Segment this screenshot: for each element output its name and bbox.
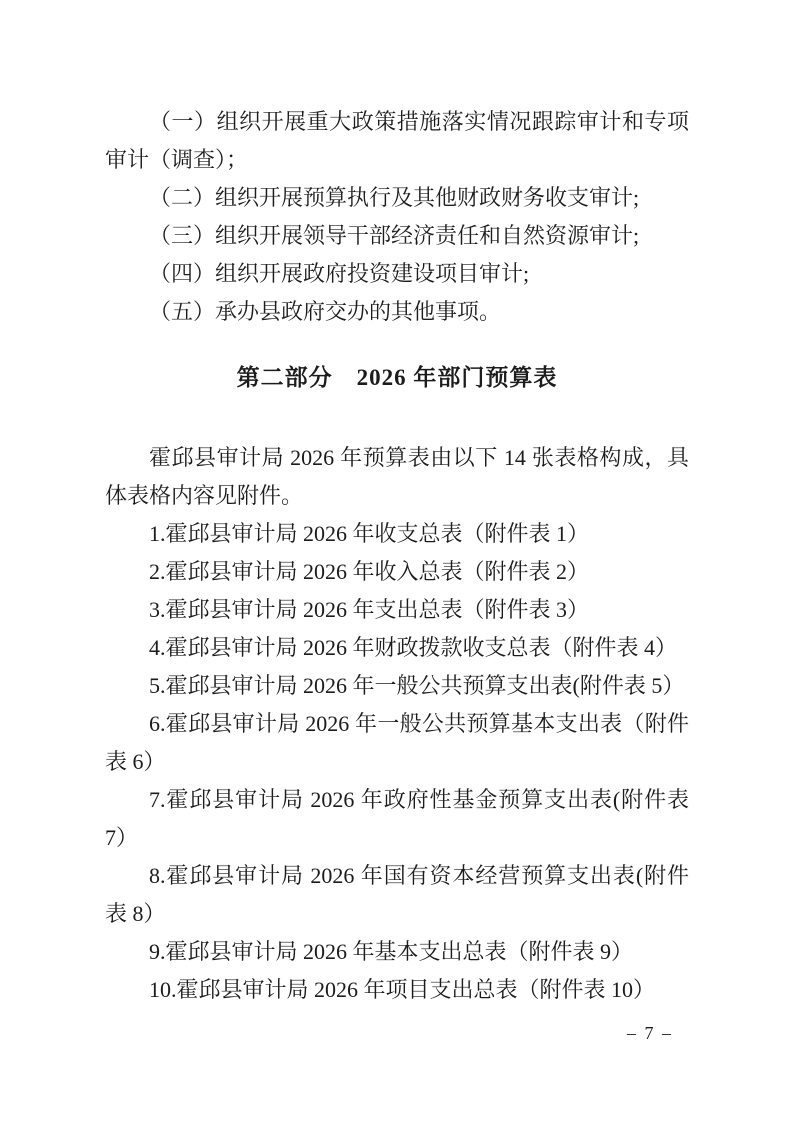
page-number: – 7 – <box>627 1022 673 1044</box>
budget-table-item: 7.霍邱县审计局 2026 年政府性基金预算支出表(附件表 7） <box>105 781 689 857</box>
intro-paragraph: 霍邱县审计局 2026 年预算表由以下 14 张表格构成，具体表格内容见附件。 <box>105 439 689 515</box>
duty-item: （二）组织开展预算执行及其他财政财务收支审计; <box>105 179 689 217</box>
budget-table-item: 10.霍邱县审计局 2026 年项目支出总表（附件表 10） <box>105 971 689 1009</box>
section-heading: 第二部分 2026 年部门预算表 <box>105 359 689 397</box>
duties-section: （一）组织开展重大政策措施落实情况跟踪审计和专项审计（调查）；（二）组织开展预算… <box>105 103 689 331</box>
budget-table-item: 3.霍邱县审计局 2026 年支出总表（附件表 3） <box>105 591 689 629</box>
budget-table-item: 2.霍邱县审计局 2026 年收入总表（附件表 2） <box>105 553 689 591</box>
duty-item: （五）承办县政府交办的其他事项。 <box>105 293 689 331</box>
document-content: （一）组织开展重大政策措施落实情况跟踪审计和专项审计（调查）；（二）组织开展预算… <box>0 0 793 1009</box>
budget-table-item: 6.霍邱县审计局 2026 年一般公共预算基本支出表（附件表 6） <box>105 705 689 781</box>
budget-table-item: 4.霍邱县审计局 2026 年财政拨款收支总表（附件表 4） <box>105 629 689 667</box>
duty-item: （一）组织开展重大政策措施落实情况跟踪审计和专项审计（调查）； <box>105 103 689 179</box>
duty-item: （四）组织开展政府投资建设项目审计; <box>105 255 689 293</box>
budget-table-list: 1.霍邱县审计局 2026 年收支总表（附件表 1）2.霍邱县审计局 2026 … <box>105 515 689 1009</box>
document-page: （一）组织开展重大政策措施落实情况跟踪审计和专项审计（调查）；（二）组织开展预算… <box>0 0 793 1122</box>
budget-table-item: 8.霍邱县审计局 2026 年国有资本经营预算支出表(附件表 8） <box>105 857 689 933</box>
duty-item: （三）组织开展领导干部经济责任和自然资源审计; <box>105 217 689 255</box>
budget-table-item: 5.霍邱县审计局 2026 年一般公共预算支出表(附件表 5） <box>105 667 689 705</box>
budget-table-item: 9.霍邱县审计局 2026 年基本支出总表（附件表 9） <box>105 933 689 971</box>
budget-table-item: 1.霍邱县审计局 2026 年收支总表（附件表 1） <box>105 515 689 553</box>
